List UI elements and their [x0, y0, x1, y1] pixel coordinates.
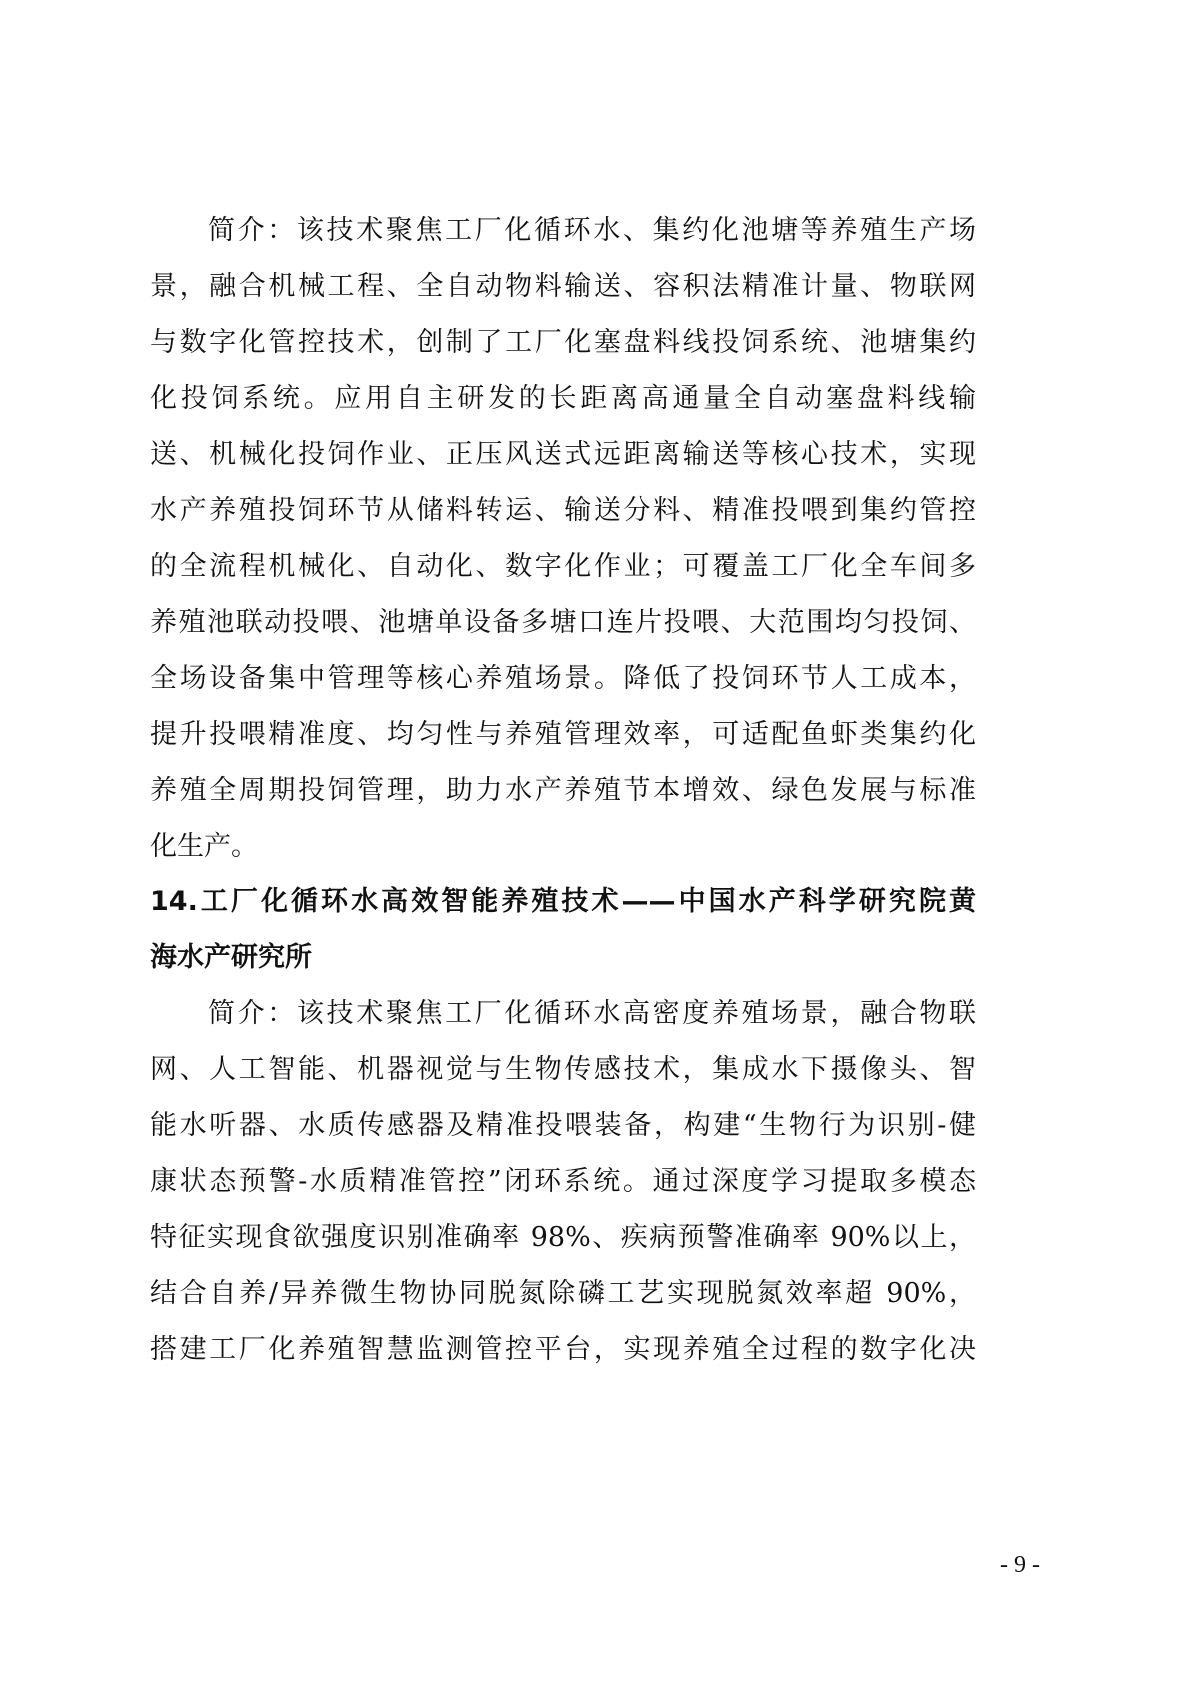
paragraph-2-line-1: 简介：该技术聚焦工厂化循环水高密度养殖场景，融合物联: [208, 986, 976, 1042]
paragraph-2-line-3: 能水听器、水质传感器及精准投喂装备，构建“生物行为识别-健: [150, 1098, 976, 1154]
paragraph-1-line-12: 化生产。: [150, 819, 976, 875]
paragraph-1-line-6: 水产养殖投饲环节从储料转运、输送分料、精准投喂到集约管控: [150, 483, 976, 539]
paragraph-1-line-4: 化投饲系统。应用自主研发的长距离高通量全自动塞盘料线输: [150, 371, 976, 427]
paragraph-2-line-2: 网、人工智能、机器视觉与生物传感技术，集成水下摄像头、智: [150, 1042, 976, 1098]
paragraph-1-line-11: 养殖全周期投饲管理，助力水产养殖节本增效、绿色发展与标准: [150, 763, 976, 819]
paragraph-2-line-5: 特征实现食欲强度识别准确率 98%、疾病预警准确率 90%以上，: [150, 1210, 976, 1266]
section-heading-line-1: 14.工厂化循环水高效智能养殖技术——中国水产科学研究院黄: [150, 874, 976, 930]
paragraph-1-line-1: 简介：该技术聚焦工厂化循环水、集约化池塘等养殖生产场: [208, 203, 976, 259]
paragraph-2-line-4: 康状态预警-水质精准管控”闭环系统。通过深度学习提取多模态: [150, 1154, 976, 1210]
paragraph-1-line-9: 全场设备集中管理等核心养殖场景。降低了投饲环节人工成本，: [150, 651, 976, 707]
paragraph-1-line-7: 的全流程机械化、自动化、数字化作业；可覆盖工厂化全车间多: [150, 539, 976, 595]
document-page: 简介：该技术聚焦工厂化循环水、集约化池塘等养殖生产场 景，融合机械工程、全自动物…: [0, 0, 1190, 1683]
paragraph-2-line-6: 结合自养/异养微生物协同脱氮除磷工艺实现脱氮效率超 90%，: [150, 1266, 976, 1322]
paragraph-1-line-5: 送、机械化投饲作业、正压风送式远距离输送等核心技术，实现: [150, 427, 976, 483]
paragraph-1-line-8: 养殖池联动投喂、池塘单设备多塘口连片投喂、大范围均匀投饲、: [150, 595, 976, 651]
section-heading-line-2: 海水产研究所: [150, 930, 976, 986]
paragraph-1-line-10: 提升投喂精准度、均匀性与养殖管理效率，可适配鱼虾类集约化: [150, 707, 976, 763]
page-number: - 9 -: [1000, 1552, 1040, 1579]
paragraph-1-line-3: 与数字化管控技术，创制了工厂化塞盘料线投饲系统、池塘集约: [150, 315, 976, 371]
paragraph-2-line-7: 搭建工厂化养殖智慧监测管控平台，实现养殖全过程的数字化决: [150, 1322, 976, 1378]
paragraph-1-line-2: 景，融合机械工程、全自动物料输送、容积法精准计量、物联网: [150, 259, 976, 315]
